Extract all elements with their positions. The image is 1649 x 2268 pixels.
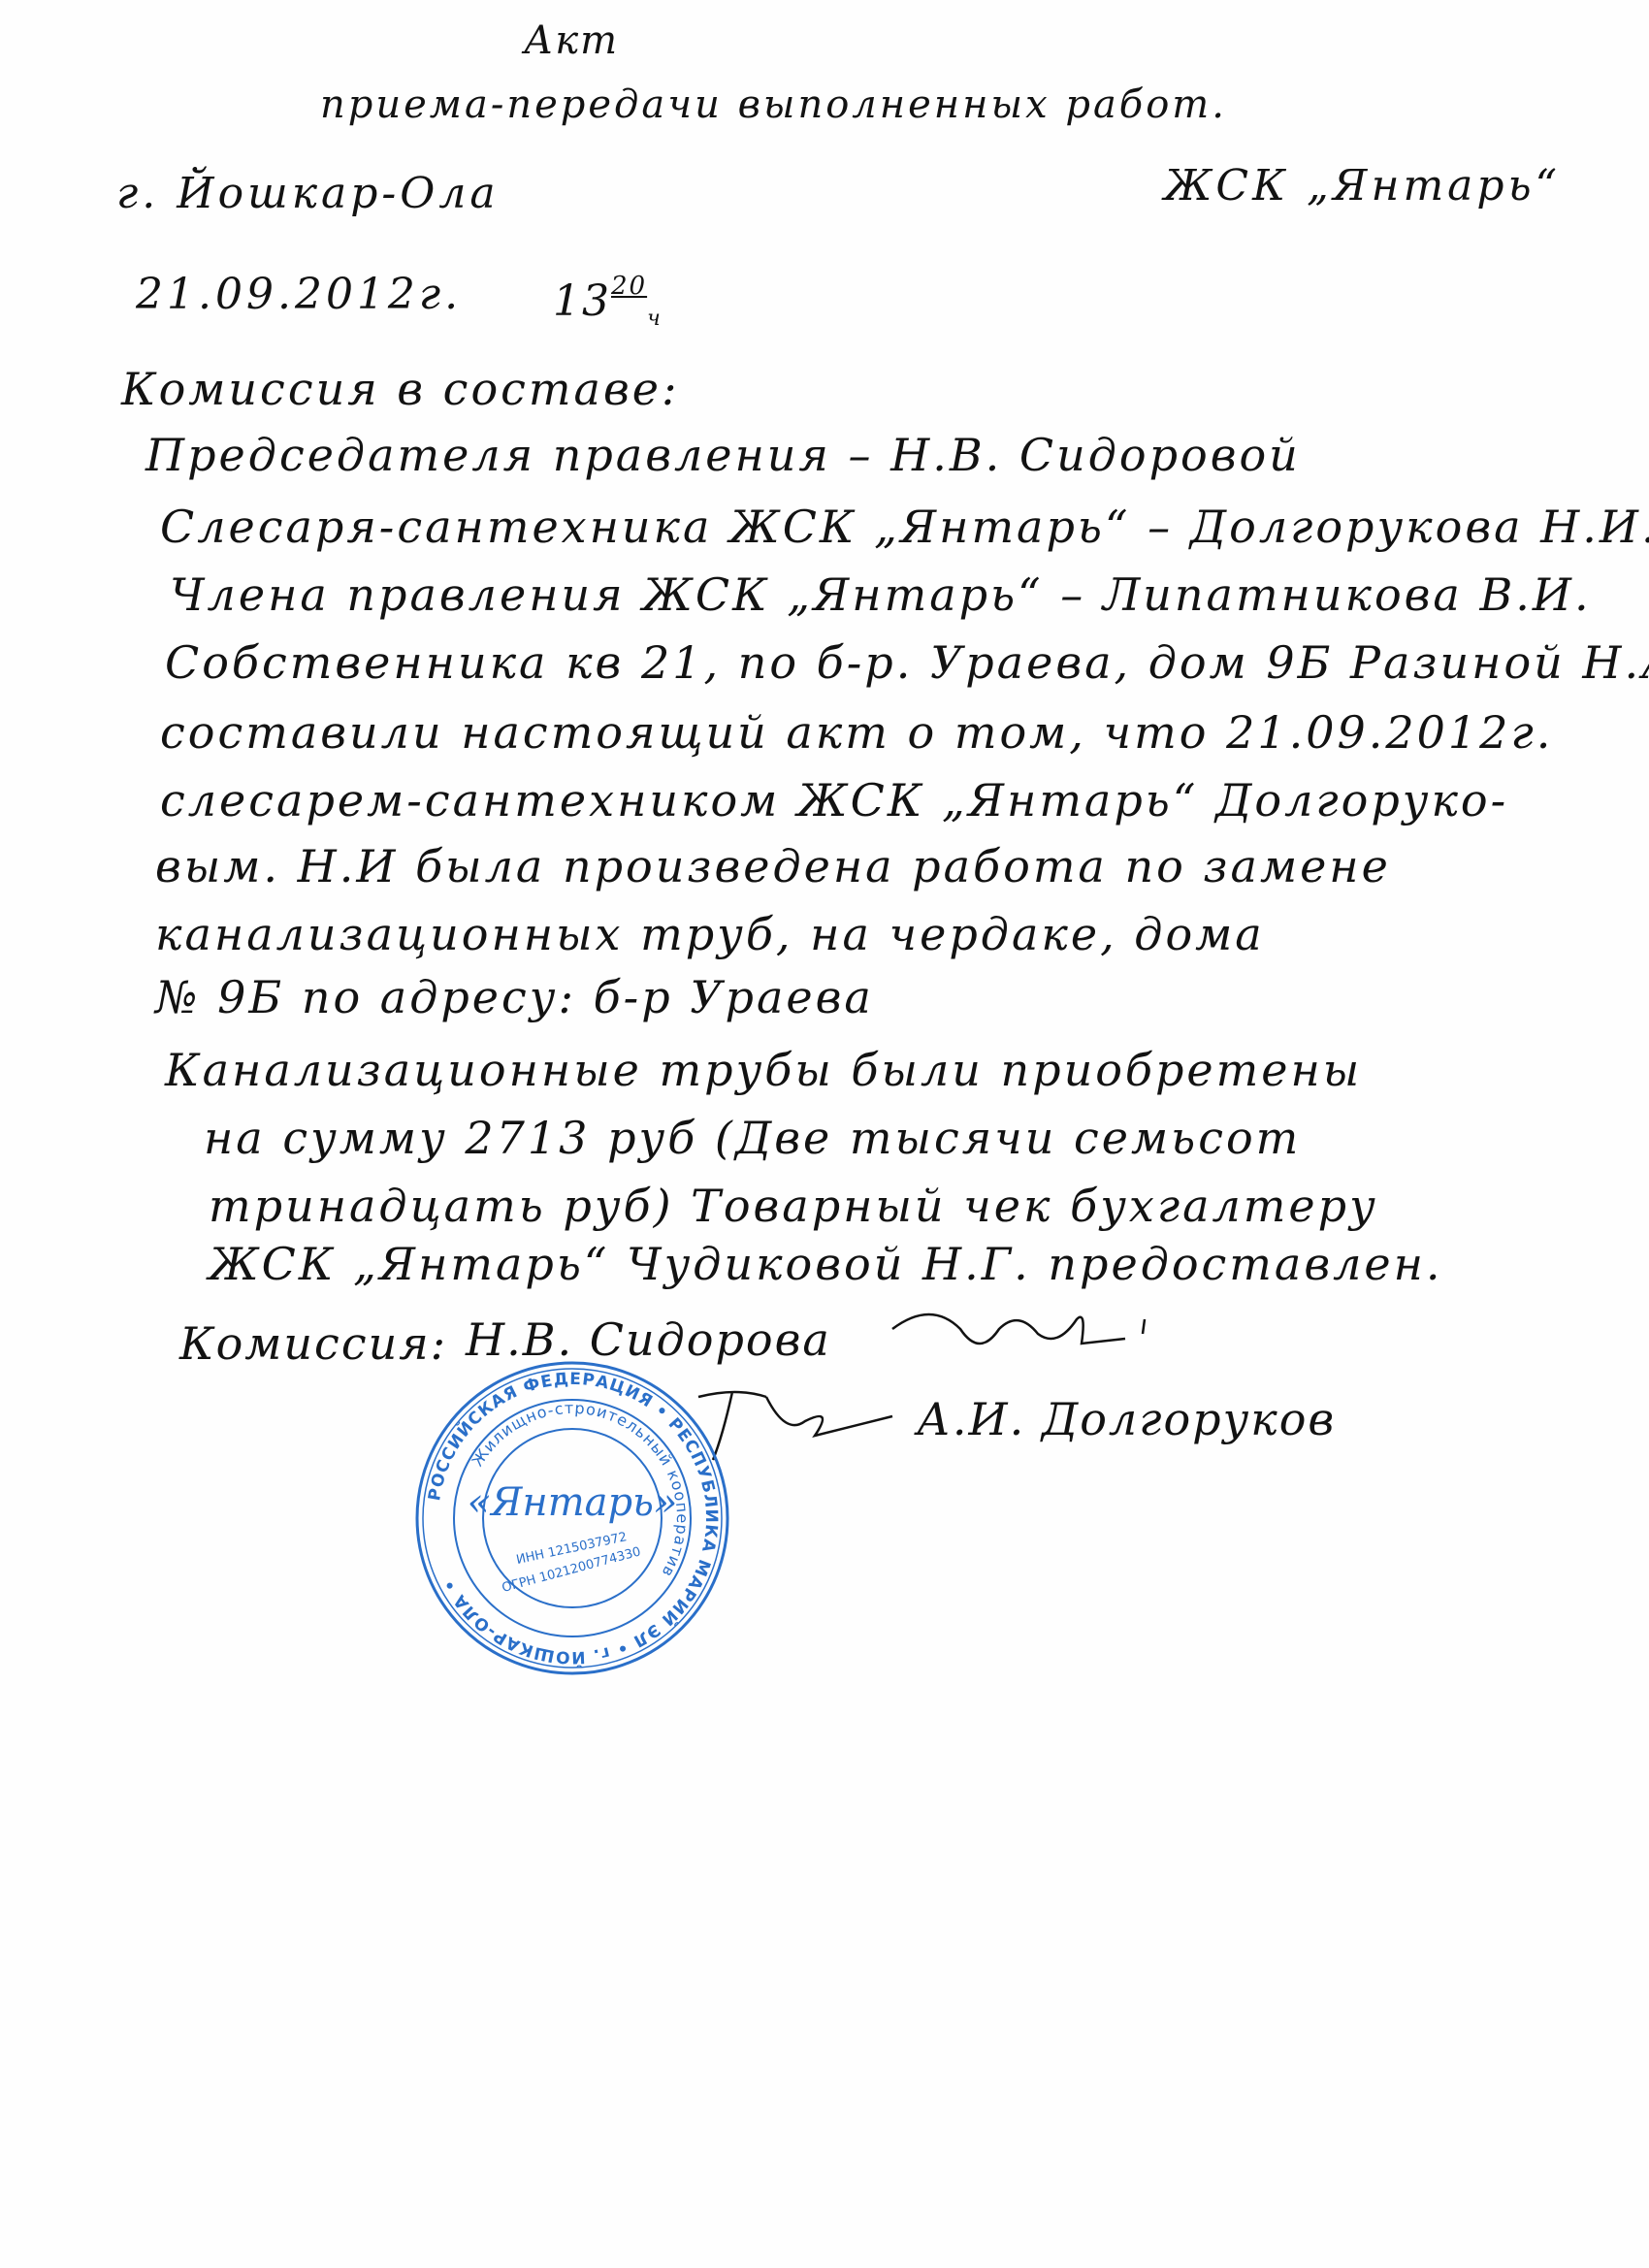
body-line: № 9Б по адресу: б-р Ураева <box>155 975 874 1020</box>
body-line: на сумму 2713 руб (Две тысячи семьсот <box>204 1116 1301 1160</box>
body-line: вым. Н.И была произведена работа по заме… <box>155 844 1391 889</box>
body-line: составили настоящий акт о том, что 21.09… <box>160 710 1553 755</box>
signatures-label: Комиссия: <box>179 1321 447 1366</box>
time-suffix: ч <box>647 307 663 331</box>
body-line: тринадцать руб) Товарный чек бухгалтеру <box>209 1183 1378 1228</box>
document-time: 1320ч <box>553 274 663 330</box>
body-line: канализационных труб, на чердаке, дома <box>155 912 1265 956</box>
signature-scribble-1 <box>873 1290 1174 1368</box>
document-organization: ЖСК „Янтарь“ <box>1164 165 1561 208</box>
document-page: Акт приема-передачи выполненных работ. г… <box>0 0 1649 2268</box>
body-line: Комиссия в составе: <box>121 367 679 411</box>
body-line: Слесаря-сантехника ЖСК „Янтарь“ – Долгор… <box>160 504 1649 549</box>
body-line: Члена правления ЖСК „Янтарь“ – Липатнико… <box>170 572 1592 617</box>
signature-name-2: А.И. Долгоруков <box>917 1397 1336 1442</box>
body-line: ЖСК „Янтарь“ Чудиковой Н.Г. предоставлен… <box>209 1242 1443 1286</box>
stamp-center-text: «Янтарь» <box>468 1480 678 1525</box>
official-stamp: РОССИЙСКАЯ ФЕДЕРАЦИЯ • РЕСПУБЛИКА МАРИЙ … <box>412 1358 732 1678</box>
body-line: слесарем-сантехником ЖСК „Янтарь“ Долгор… <box>160 778 1508 823</box>
signature-name-1: Н.В. Сидорова <box>466 1317 831 1362</box>
time-minutes: 20 <box>611 272 647 301</box>
document-title: Акт <box>524 21 619 60</box>
body-line: Собственника кв 21, по б-р. Ураева, дом … <box>165 640 1649 685</box>
document-date: 21.09.2012г. <box>136 274 462 316</box>
document-subtitle: приема-передачи выполненных работ. <box>320 85 1227 124</box>
time-hours: 13 <box>553 276 611 326</box>
document-place: г. Йошкар-Ола <box>116 173 500 215</box>
body-line: Председателя правления – Н.В. Сидоровой <box>145 433 1301 477</box>
body-line: Канализационные трубы были приобретены <box>165 1048 1362 1092</box>
